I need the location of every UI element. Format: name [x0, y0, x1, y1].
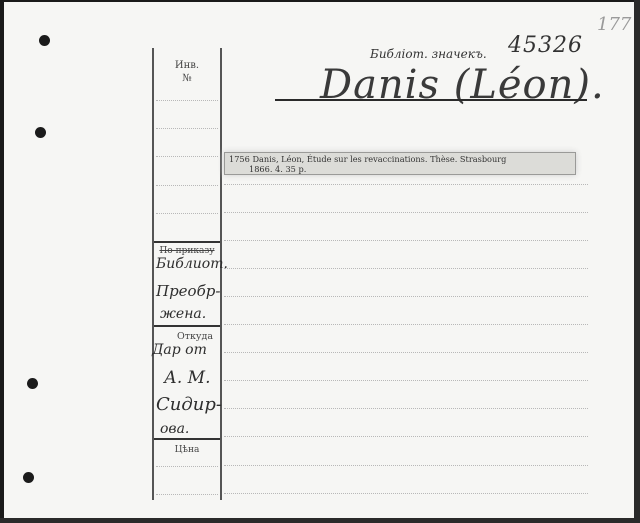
section-divider-price [154, 438, 220, 440]
source-label: Откуда [170, 331, 220, 342]
main-rule [224, 465, 588, 466]
source-handwritten-1: Дар от [152, 342, 207, 358]
main-rule [224, 380, 588, 381]
left-rule [156, 156, 218, 157]
clipping-line-2: 1866. 4. 35 p. [229, 164, 571, 174]
pasted-catalog-clipping: 1756 Danis, Léon, Étude sur les revaccin… [224, 152, 576, 175]
main-rule [224, 184, 588, 185]
punch-hole-3 [27, 378, 38, 389]
source-handwritten-4: ова. [160, 421, 189, 437]
main-rule [224, 408, 588, 409]
main-rule [224, 212, 588, 213]
inv-number-sign: № [154, 73, 220, 84]
main-rule [224, 436, 588, 437]
scan-frame-right [634, 0, 640, 523]
acquisition-label: По приказу [154, 246, 220, 256]
acquisition-handwritten-1: Библиот. [156, 256, 228, 272]
acquisition-handwritten-2: Преобр- [156, 282, 220, 300]
main-rule [224, 324, 588, 325]
page-mark: 177 [597, 14, 631, 35]
left-rule [156, 466, 218, 467]
acquisition-handwritten-3: жена. [160, 306, 206, 322]
source-handwritten-2: А. М. [164, 368, 211, 388]
punch-hole-1 [39, 35, 50, 46]
main-rule [224, 493, 588, 494]
left-rule [156, 185, 218, 186]
left-rule [156, 100, 218, 101]
clipping-line-1: 1756 Danis, Léon, Étude sur les revaccin… [229, 154, 571, 164]
inv-label: Инв. [154, 60, 220, 71]
punch-hole-4 [23, 472, 34, 483]
shelf-mark-label: Библiот. значекъ. [370, 47, 487, 61]
main-rule [224, 268, 588, 269]
section-divider-acquisition [154, 241, 220, 243]
main-rule [224, 296, 588, 297]
left-rule [156, 128, 218, 129]
left-column-border-right [220, 48, 222, 500]
main-rule [224, 240, 588, 241]
left-column-border-left [152, 48, 154, 500]
heading-underline [275, 99, 587, 101]
punch-hole-2 [35, 127, 46, 138]
author-heading: Danis (Léon). [320, 62, 605, 108]
main-rule [224, 352, 588, 353]
left-rule [156, 213, 218, 214]
section-divider-source [154, 325, 220, 327]
left-rule [156, 494, 218, 495]
inventory-number: 45326 [508, 33, 583, 58]
scan-frame-bottom [0, 518, 640, 523]
price-label: Цѣна [154, 445, 220, 455]
source-handwritten-3: Сидир- [156, 394, 222, 415]
